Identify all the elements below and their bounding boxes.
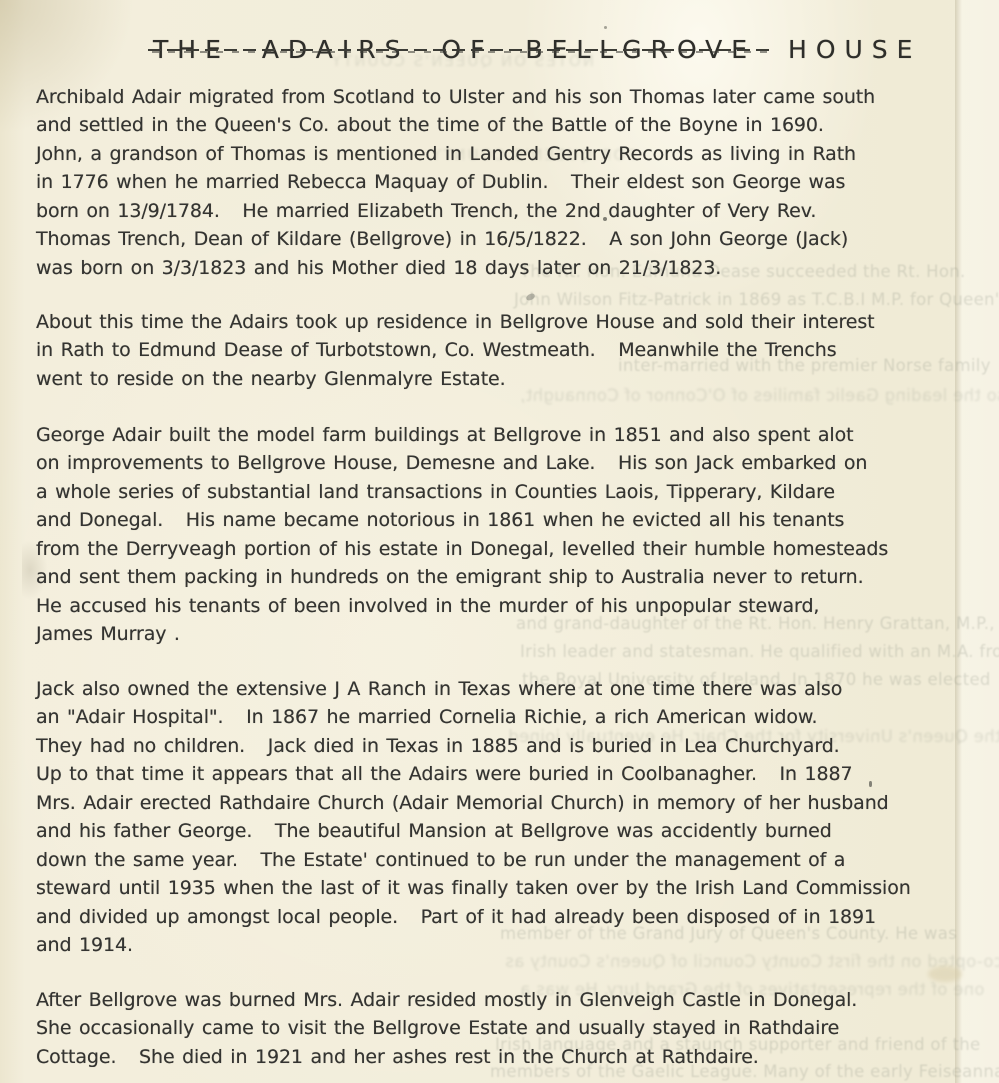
text-line: James Murray . (36, 620, 888, 648)
paragraph: Jack also owned the extensive J A Ranch … (36, 675, 911, 960)
text-line: was born on 3/3/1823 and his Mother died… (36, 254, 875, 282)
text-line: and his father George. The beautiful Man… (36, 817, 911, 845)
text-line: Thomas Trench, Dean of Kildare (Bellgrov… (36, 225, 875, 253)
text-line: from the Derryveagh portion of his estat… (36, 535, 888, 563)
text-line: and settled in the Queen's Co. about the… (36, 111, 875, 139)
ink-speck (604, 26, 607, 29)
text-line: After Bellgrove was burned Mrs. Adair re… (36, 986, 857, 1014)
text-line: Jack also owned the extensive J A Ranch … (36, 675, 911, 703)
text-line: Cottage. She died in 1921 and her ashes … (36, 1043, 857, 1071)
text-line: down the same year. The Estate' continue… (36, 846, 911, 874)
text-line: went to reside on the nearby Glenmalyre … (36, 365, 874, 393)
text-line: in Rath to Edmund Dease of Turbotstown, … (36, 336, 874, 364)
text-line: George Adair built the model farm buildi… (36, 421, 888, 449)
paper-stain (928, 966, 962, 982)
text-line: an "Adair Hospital". In 1867 he married … (36, 703, 911, 731)
text-line: a whole series of substantial land trans… (36, 478, 888, 506)
paragraph: After Bellgrove was burned Mrs. Adair re… (36, 986, 857, 1071)
text-line: They had no children. Jack died in Texas… (36, 732, 911, 760)
ink-speck (603, 217, 607, 221)
document-body: Archibald Adair migrated from Scotland t… (0, 0, 999, 1083)
text-line: and divided up amongst local people. Par… (36, 903, 911, 931)
scanned-page: { "title": "THE ADAIRS OF BELLGROVE HOUS… (0, 0, 999, 1083)
text-line: Archibald Adair migrated from Scotland t… (36, 83, 875, 111)
text-line: steward until 1935 when the last of it w… (36, 874, 911, 902)
text-line: in 1776 when he married Rebecca Maquay o… (36, 168, 875, 196)
text-line: She occasionally came to visit the Bellg… (36, 1014, 857, 1042)
paragraph: Archibald Adair migrated from Scotland t… (36, 83, 875, 282)
ink-speck (869, 781, 872, 787)
text-line: Mrs. Adair erected Rathdaire Church (Ada… (36, 789, 911, 817)
text-line: on improvements to Bellgrove House, Deme… (36, 449, 888, 477)
text-line: and Donegal. His name became notorious i… (36, 506, 888, 534)
text-line: John, a grandson of Thomas is mentioned … (36, 140, 875, 168)
text-line: Up to that time it appears that all the … (36, 760, 911, 788)
text-line: and 1914. (36, 931, 911, 959)
text-line: He accused his tenants of been involved … (36, 592, 888, 620)
text-line: and sent them packing in hundreds on the… (36, 563, 888, 591)
paragraph: About this time the Adairs took up resid… (36, 308, 874, 393)
paragraph: George Adair built the model farm buildi… (36, 421, 888, 649)
text-line: born on 13/9/1784. He married Elizabeth … (36, 197, 875, 225)
text-line: About this time the Adairs took up resid… (36, 308, 874, 336)
